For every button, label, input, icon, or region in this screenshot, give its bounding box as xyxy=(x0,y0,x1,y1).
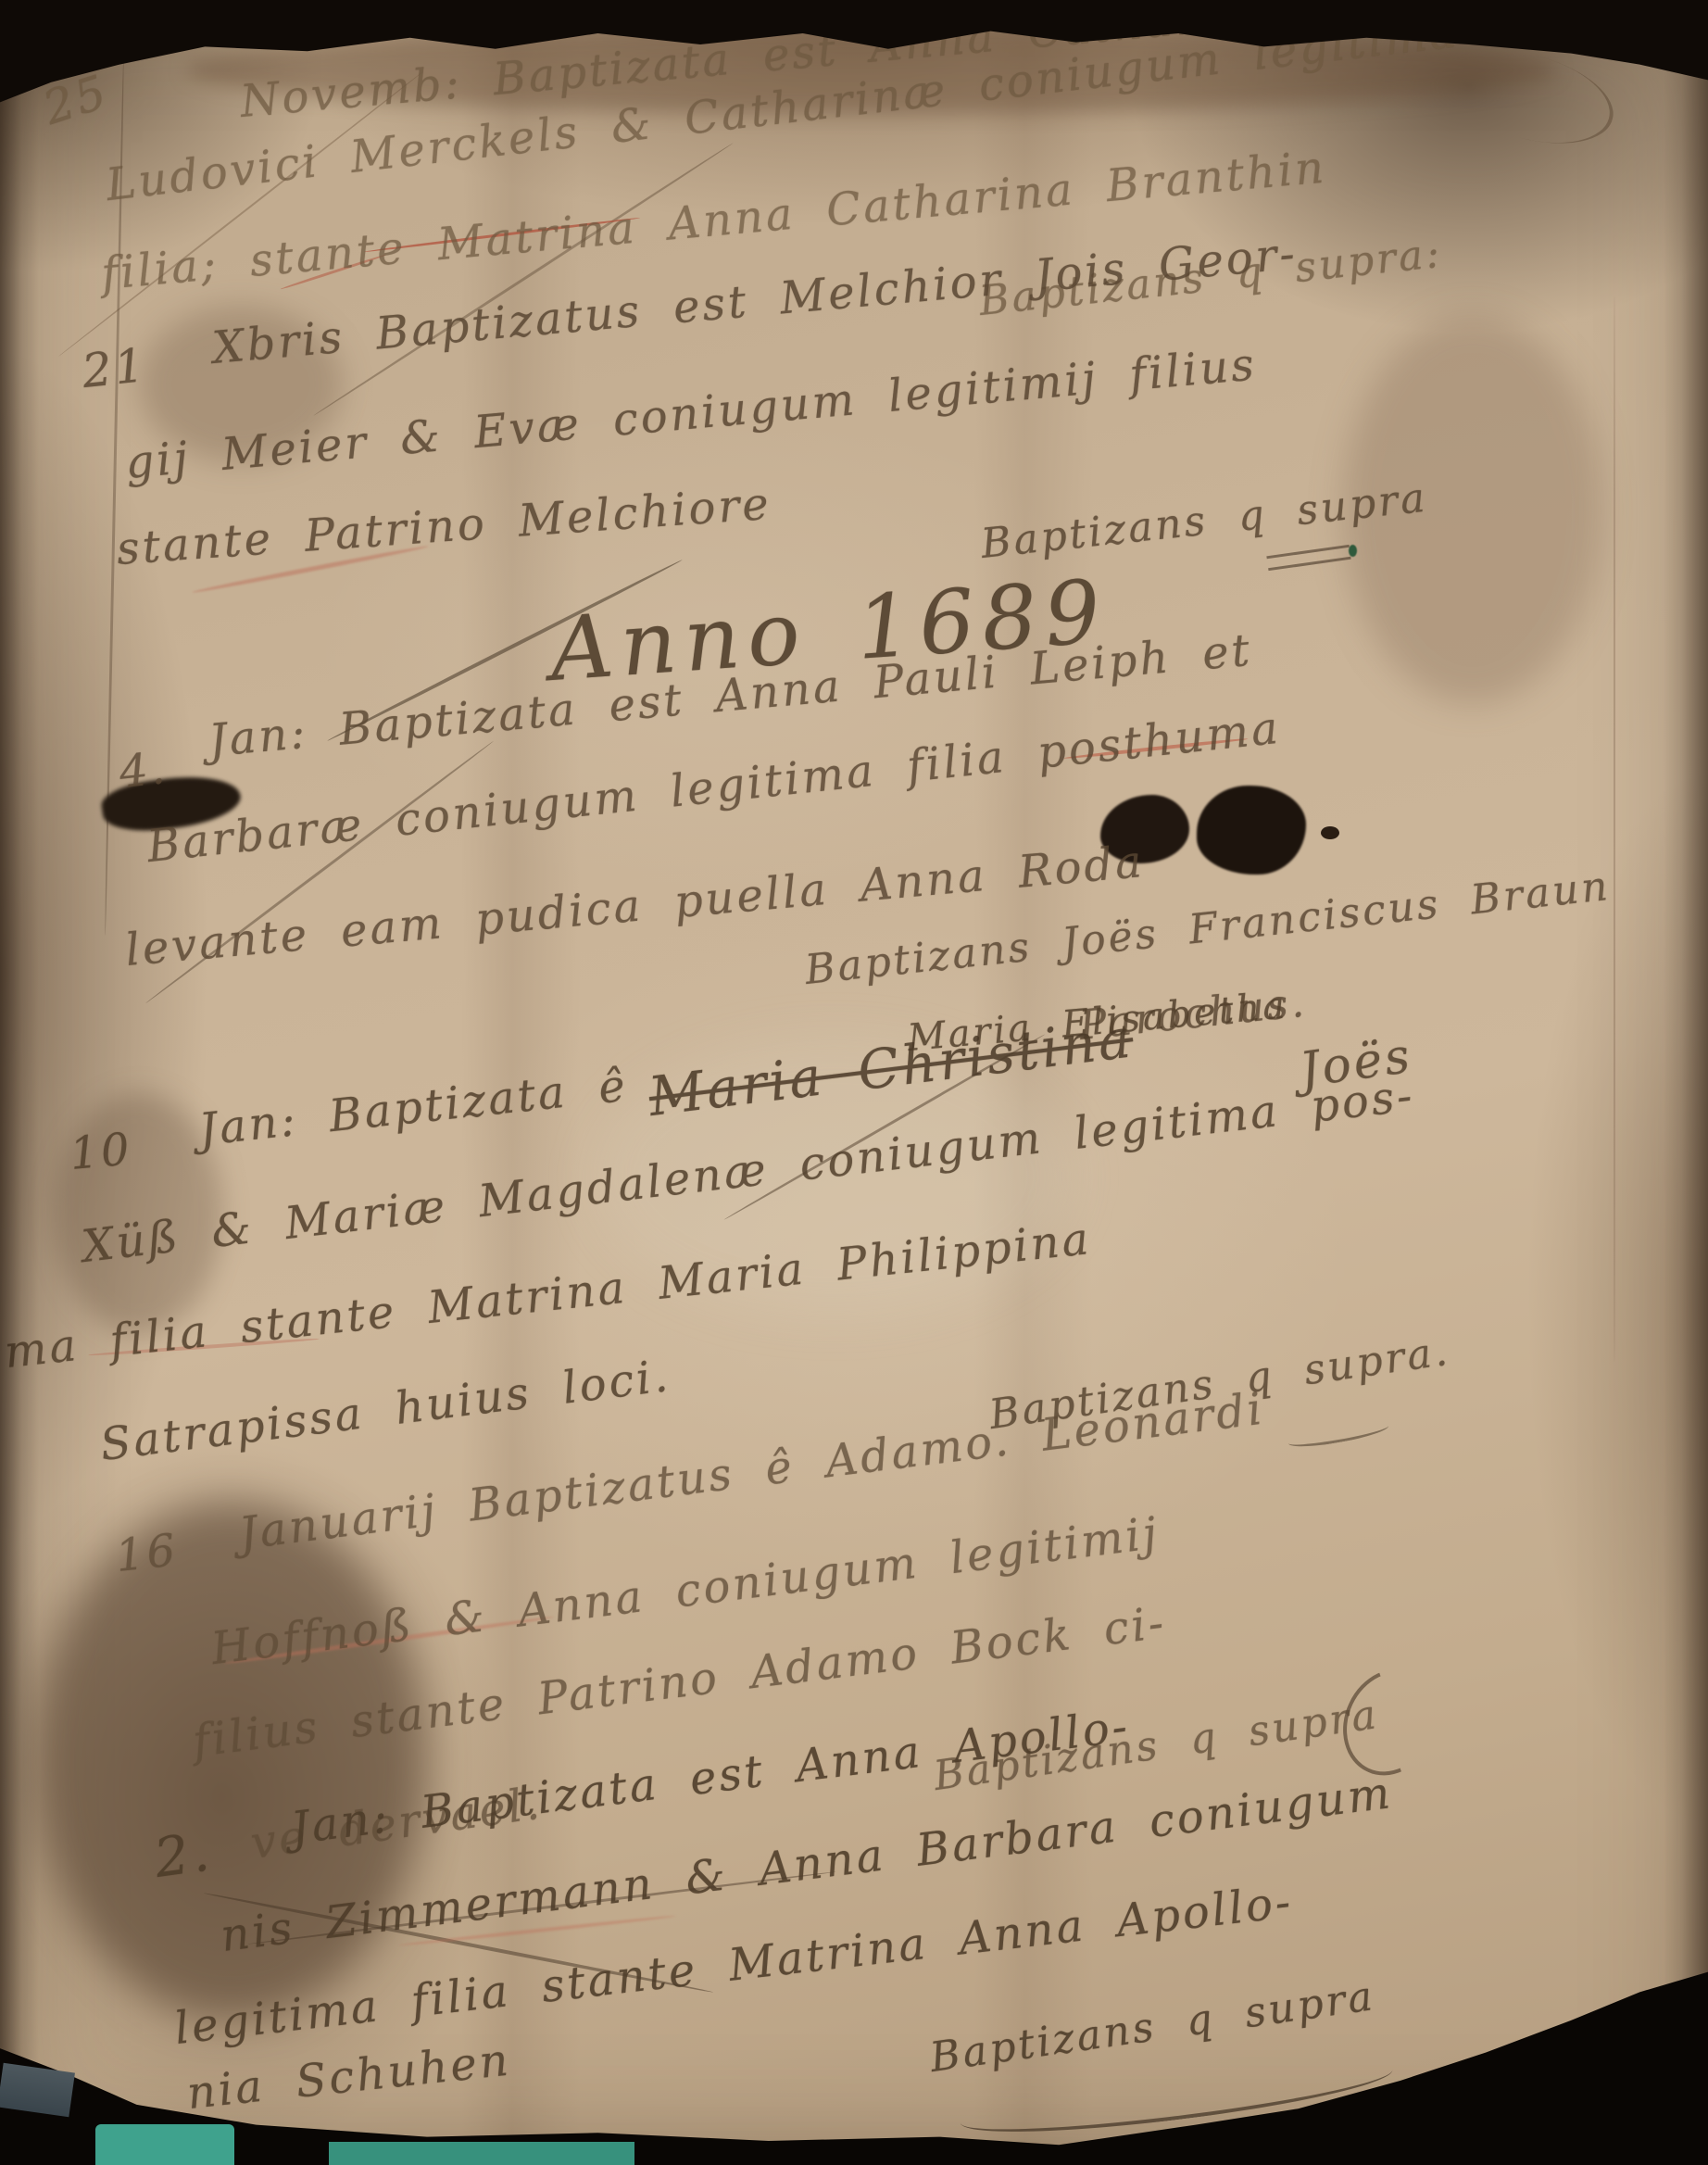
manuscript-scan: 25 Novemb: Baptizata est Anna Catharina … xyxy=(0,0,1708,2165)
page-stack-edge-right xyxy=(1664,0,1708,2165)
ink-blot xyxy=(1197,786,1306,875)
teal-patch xyxy=(95,2124,234,2165)
entry-6-day: 2. xyxy=(151,1819,216,1890)
ink-blot xyxy=(1321,826,1339,839)
grey-fragment xyxy=(0,2063,75,2117)
crease-line xyxy=(1614,296,1615,1362)
entry-3-day: 4. xyxy=(117,742,170,799)
entry-2-day: 21 xyxy=(80,338,149,398)
entry-4-day: 10 xyxy=(68,1123,134,1180)
binding-shadow-left xyxy=(0,0,39,2165)
entry-5-day: 16 xyxy=(113,1524,181,1582)
teal-patch xyxy=(329,2142,634,2165)
